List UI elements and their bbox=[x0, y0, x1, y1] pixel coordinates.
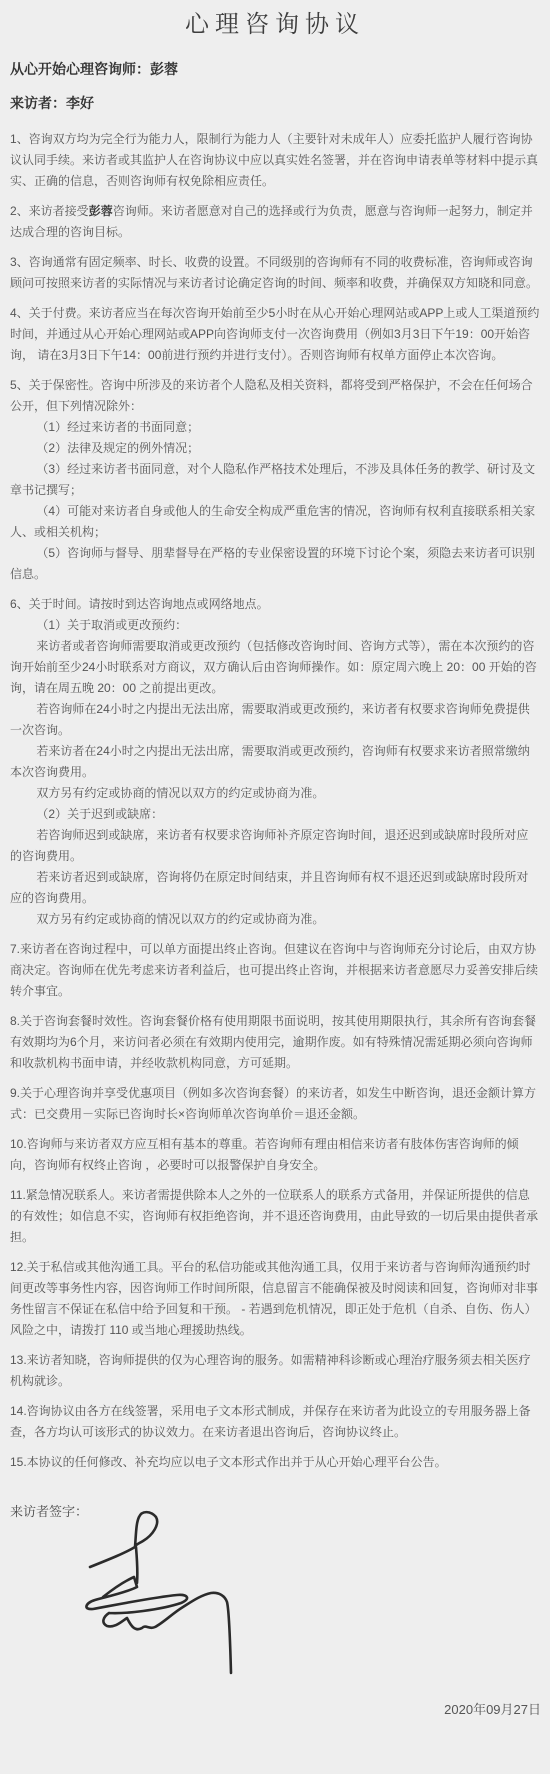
clause-6-item-2-text-b: 若来访者迟到或缺席，咨询将仍在原定时间结束，并且咨询师有权不退还迟到或缺席时段所… bbox=[10, 867, 540, 909]
clause-5-item-2: （2）法律及规定的例外情况； bbox=[10, 438, 540, 459]
clause-5-item-4: （4）可能对来访者自身或他人的生命安全构成严重危害的情况，咨询师有权利直接联系相… bbox=[10, 501, 540, 543]
clause-5-item-3: （3）经过来访者书面同意，对个人隐私作严格技术处理后，不涉及具体任务的教学、研讨… bbox=[10, 459, 540, 501]
signature-image bbox=[85, 1505, 255, 1690]
clause-14: 14.咨询协议由各方在线签署，采用电子文本形式制成，并保存在来访者为此设立的专用… bbox=[10, 1401, 540, 1443]
clause-6-item-2-text-a: 若咨询师迟到或缺席，来访者有权要求咨询师补齐原定咨询时间，退还迟到或缺席时段所对… bbox=[10, 825, 540, 867]
clause-3: 3、咨询通常有固定频率、时长、收费的设置。不同级别的咨询师有不同的收费标准，咨询… bbox=[10, 252, 540, 294]
clause-8: 8.关于咨询套餐时效性。咨询套餐价格有使用期限书面说明，按其使用期限执行，其余所… bbox=[10, 1011, 540, 1074]
clause-6-item-1-text-b: 若咨询师在24小时之内提出无法出席，需要取消或更改预约，来访者有权要求咨询师免费… bbox=[10, 699, 540, 741]
clause-4: 4、关于付费。来访者应当在每次咨询开始前至少5小时在从心开始心理网站或APP上或… bbox=[10, 303, 540, 366]
page-title: 心理咨询协议 bbox=[10, 4, 540, 39]
clause-6-item-1-text-d: 双方另有约定或协商的情况以双方的约定或协商为准。 bbox=[10, 783, 540, 804]
clause-13: 13.来访者知晓，咨询师提供的仅为心理咨询的服务。如需精神科诊断或心理治疗服务须… bbox=[10, 1350, 540, 1392]
clause-6-item-1-text-c: 若来访者在24小时之内提出无法出席，需要取消或更改预约，咨询师有权要求来访者照常… bbox=[10, 741, 540, 783]
clause-7: 7.来访者在咨询过程中，可以单方面提出终止咨询。但建议在咨询中与咨询师充分讨论后… bbox=[10, 939, 540, 1002]
clause-9: 9.关于心理咨询并享受优惠项目（例如多次咨询套餐）的来访者，如发生中断咨询，退还… bbox=[10, 1083, 540, 1125]
clause-6: 6、关于时间。请按时到达咨询地点或网络地点。 bbox=[10, 594, 540, 615]
counselor-line: 从心开始心理咨询师：彭蓉 bbox=[10, 59, 540, 79]
clause-6-item-2-text-c: 双方另有约定或协商的情况以双方的约定或协商为准。 bbox=[10, 909, 540, 930]
clause-10: 10.咨询师与来访者双方应互相有基本的尊重。若咨询师有理由相信来访者有肢体伤害咨… bbox=[10, 1134, 540, 1176]
agreement-document: 心理咨询协议 从心开始心理咨询师：彭蓉 来访者：李好 1、咨询双方均为完全行为能… bbox=[0, 0, 550, 1520]
agreement-date: 2020年09月27日 bbox=[444, 1699, 541, 1718]
clause-5: 5、关于保密性。咨询中所涉及的来访者个人隐私及相关资料，都将受到严格保护，不会在… bbox=[10, 375, 540, 417]
clause-6-item-1: （1）关于取消或更改预约： bbox=[10, 615, 540, 636]
clause-1: 1、咨询双方均为完全行为能力人，限制行为能力人（主要针对未成年人）应委托监护人履… bbox=[10, 129, 540, 192]
counselor-name: 彭蓉 bbox=[89, 204, 113, 218]
clause-12: 12.关于私信或其他沟通工具。平台的私信功能或其他沟通工具，仅用于来访者与咨询师… bbox=[10, 1257, 540, 1341]
clause-5-item-1: （1）经过来访者的书面同意； bbox=[10, 417, 540, 438]
clause-2: 2、来访者接受彭蓉咨询师。来访者愿意对自己的选择或行为负责，愿意与咨询师一起努力… bbox=[10, 201, 540, 243]
clause-15: 15.本协议的任何修改、补充均应以电子文本形式作出并于从心开始心理平台公告。 bbox=[10, 1452, 540, 1473]
clause-6-item-1-text-a: 来访者或者咨询师需要取消或更改预约（包括修改咨询时间、咨询方式等），需在本次预约… bbox=[10, 636, 540, 699]
clause-6-item-2: （2）关于迟到或缺席： bbox=[10, 804, 540, 825]
clause-2-pre: 2、来访者接受 bbox=[10, 204, 89, 218]
clause-11: 11.紧急情况联系人。来访者需提供除本人之外的一位联系人的联系方式备用，并保证所… bbox=[10, 1185, 540, 1248]
visitor-line: 来访者：李好 bbox=[10, 93, 540, 113]
clause-5-item-5: （5）咨询师与督导、朋辈督导在严格的专业保密设置的环境下讨论个案，须隐去来访者可… bbox=[10, 543, 540, 585]
